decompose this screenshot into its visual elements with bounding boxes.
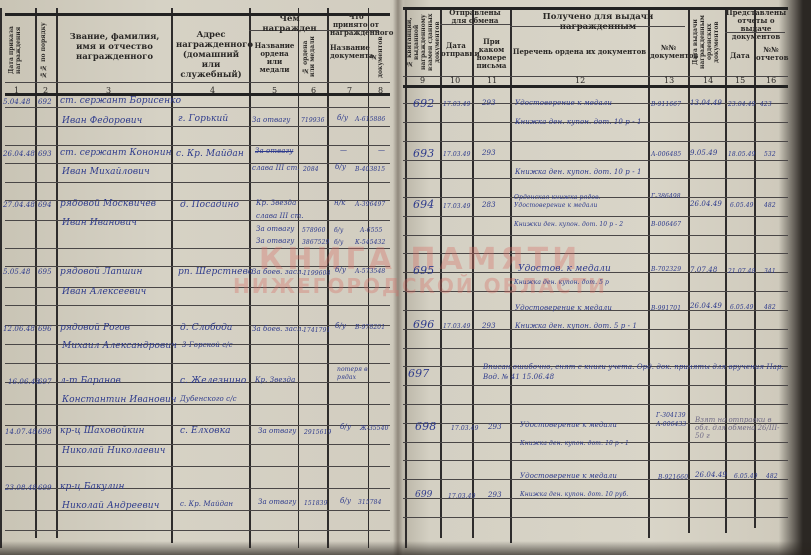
header-col12: Перечень ордена их документов xyxy=(512,48,647,56)
cell-award-no: 1741791 xyxy=(303,327,330,334)
ruled-line xyxy=(403,216,788,217)
cell-report-no: 482 xyxy=(764,304,776,311)
cell-award-struck: За отвагу xyxy=(255,147,293,155)
header-num-rule xyxy=(403,76,788,77)
cell-doc: б/у xyxy=(340,423,351,431)
cell-doc: б/у xyxy=(335,163,346,171)
column-number: 12 xyxy=(575,76,585,85)
cell-address: с. Елховка xyxy=(180,426,231,436)
cell-award-no: 719936 xyxy=(301,117,325,124)
cell-list2: Книжка ден. купон. дот. 5 р - 1 xyxy=(515,322,637,330)
cell-doc-nos: В-911667 xyxy=(651,101,681,108)
ruled-line xyxy=(403,517,788,518)
column-number: 11 xyxy=(487,76,497,85)
column-number: 15 xyxy=(735,76,745,85)
cell-doc-no-top: — xyxy=(378,146,385,154)
page-edge-shadow xyxy=(0,541,811,555)
cell-doc-nos: В-921660 xyxy=(658,474,688,481)
cell-name2: Иван Иванович xyxy=(62,218,137,228)
cell-date: 27.04.48 xyxy=(3,201,35,209)
header-col7: Название документа xyxy=(330,44,368,60)
column-number: 14 xyxy=(703,76,713,85)
header-group-sent: Отправлены для обмена xyxy=(442,9,508,25)
cell-doc-no3: А-6555 xyxy=(360,227,382,234)
cell-doc-no: В-403815 xyxy=(355,166,385,173)
ruled-line xyxy=(403,348,788,349)
cell-report-date: 6.05.49 xyxy=(734,473,758,480)
cell-doc-nos: Г-386498 xyxy=(651,193,681,200)
ruled-line xyxy=(403,460,788,461)
cell-report-no: 341 xyxy=(764,268,776,275)
column-number: 16 xyxy=(766,76,776,85)
cell-doc-nos: В-702329 xyxy=(651,266,681,273)
cell-doc: н/к xyxy=(334,199,345,207)
column-number: 4 xyxy=(210,86,215,95)
cell-note: Вписан ошибочно, снят с книги учета. Орд… xyxy=(483,362,788,382)
cell-list1: Удостоверение к медали xyxy=(520,421,617,429)
ruled-line xyxy=(5,466,390,467)
cell-address: г. Горький xyxy=(178,114,228,124)
cell-award-no4: 3867529 xyxy=(302,239,329,246)
cell-report-no: 482 xyxy=(764,202,776,209)
header-group-awarded: Чем награжден xyxy=(252,14,327,34)
column-number: 7 xyxy=(347,86,352,95)
column-number: 3 xyxy=(106,86,111,95)
cell-doc3: б/у xyxy=(334,227,343,234)
ruled-line xyxy=(5,126,390,127)
cell-rank-name: ст. сержант Кононин xyxy=(60,148,172,158)
header-bottom-rule xyxy=(403,85,788,88)
cell-award: Кр. Звезда xyxy=(256,199,296,207)
cell-letter-no: 293 xyxy=(488,423,502,431)
column-number: 9 xyxy=(420,76,425,85)
header-col9: № квитанции, выданной награжденному взам… xyxy=(406,10,438,74)
cell-name2: Иван Михайлович xyxy=(62,167,150,177)
cell-num: 695 xyxy=(38,268,52,276)
cell-doc-nos: А-006485 xyxy=(651,151,681,158)
cell-issue-date: 7.07.48 xyxy=(690,266,717,274)
cell-award: слава III ст. xyxy=(252,164,300,172)
ruled-line xyxy=(5,145,390,146)
cell-num: 693 xyxy=(38,150,52,158)
cell-issue-date: 9.05.49 xyxy=(690,149,717,157)
col-divider xyxy=(35,8,37,538)
cell-rank-name: кр-ц Шаховойкин xyxy=(60,426,145,436)
ruled-line xyxy=(403,141,788,142)
cell-award: Кр. Звезда xyxy=(255,376,295,384)
cell-address2: Дубенского с/с xyxy=(180,395,237,403)
cell-list1: Удостоверение к медали xyxy=(520,472,617,480)
cell-num: 698 xyxy=(38,428,52,436)
cell-list2: Книжки ден. купон. дот. 10 р - 2 xyxy=(514,221,623,228)
ruled-line xyxy=(5,363,390,364)
header-col3: Звание, фамилия, имя и отчество награжде… xyxy=(62,32,167,62)
cell-sent-date: 17.03.49 xyxy=(451,425,479,432)
cell-num: 692 xyxy=(38,98,52,106)
cell-sent-date: 17.03.49 xyxy=(448,493,476,500)
cell-report-date: 6.05.49 xyxy=(730,304,754,311)
column-number: 8 xyxy=(378,86,383,95)
cell-sent-date: 17.03.49 xyxy=(443,203,471,210)
cell-issue-note: Взят на отправки в обл. для обмена 26/II… xyxy=(695,416,785,440)
cell-issue-date: 26.04.49 xyxy=(690,302,722,310)
cell-doc-nos: Г-304139 xyxy=(656,412,686,419)
cell-doc-no: А-573548 xyxy=(355,268,385,275)
header-col6: № ордена или медали xyxy=(302,36,322,78)
ruled-line xyxy=(5,530,390,531)
cell-address2: 3-Горской с/с xyxy=(182,341,233,349)
cell-report-no: 423 xyxy=(760,101,772,108)
cell-report-no: 532 xyxy=(764,151,776,158)
cell-doc4: б/у xyxy=(334,239,343,246)
column-number: 5 xyxy=(272,86,277,95)
cell-list1: Удостоверение к медали xyxy=(515,99,612,107)
cell-doc-nos: В-991701 xyxy=(651,305,681,312)
cell-award3: За отвагу xyxy=(256,225,294,233)
column-number: 6 xyxy=(311,86,316,95)
cell-doc-no: А-615886 xyxy=(355,116,385,123)
cell-issue-date: 26.04.49 xyxy=(690,200,722,208)
cell-report-date: 23.04.49 xyxy=(728,101,756,108)
cell-name2: Николай Николаевич xyxy=(62,446,166,456)
register-book-spread: Дата приказа награждения №№ по порядку З… xyxy=(0,0,811,555)
cell-doc-top: — xyxy=(340,146,347,154)
cell-doc: б/у xyxy=(337,114,348,122)
cell-doc: б/у xyxy=(335,266,346,274)
cell-award-no3: 578960 xyxy=(302,227,326,234)
cell-doc: б/у xyxy=(340,497,351,505)
column-number: 10 xyxy=(450,76,460,85)
cell-award: За отвагу xyxy=(258,427,296,435)
cell-name2: Михаил Александрович xyxy=(62,341,177,351)
cell-rank-name: ст. сержант Борисенко xyxy=(60,96,181,106)
cell-doc-no: 315784 xyxy=(358,499,382,506)
cell-name2: Константин Иванович xyxy=(62,395,177,405)
cell-doc-no: А-396497 xyxy=(355,201,385,208)
header-col15: Дата xyxy=(727,52,753,60)
cell-list1: Удостов. к медали xyxy=(518,264,611,274)
header-col13: №№ документов xyxy=(650,44,687,60)
ruled-line xyxy=(403,160,788,161)
cell-award-no: 2915619 xyxy=(304,429,331,436)
cell-list2: Книжка ден. купон. дот. 5 р xyxy=(514,279,609,286)
header-col16: №№ отчетов xyxy=(756,46,786,62)
cell-num: 694 xyxy=(38,201,52,209)
ruled-line xyxy=(5,163,390,164)
cell-address: рп. Шерстнево xyxy=(178,267,253,277)
cell-rank-name: кр-ц Бакулин xyxy=(60,482,125,492)
cell-name2: Иван Алексеевич xyxy=(62,287,146,297)
cell-list1: Орденская книжка рядов. Удостоверение к … xyxy=(514,194,646,210)
cell-address: д. Посадино xyxy=(180,200,239,210)
header-num-rule xyxy=(5,82,390,83)
cell-list2: Книжка ден. купон. дот. 10 руб. xyxy=(520,491,628,498)
cell-letter-no: 293 xyxy=(482,149,496,157)
ruled-line xyxy=(403,404,788,405)
cell-sent-date: 17.03.49 xyxy=(443,151,471,158)
cell-rank-name: рядовой Лапшин xyxy=(60,267,142,277)
cell-receipt: 694 xyxy=(413,198,434,211)
cell-list2: Книжка ден. купон. дот. 10 р - 1 xyxy=(520,440,629,447)
header-group-got: Получено для выдачи награжденным xyxy=(512,12,684,32)
cell-award: За отвагу xyxy=(252,116,290,124)
header-col2: №№ по порядку xyxy=(40,22,52,78)
header-col8: № документов xyxy=(370,36,384,78)
cell-sent-date: 17.03.49 xyxy=(443,323,471,330)
cell-name2: Иван Федорович xyxy=(62,116,142,126)
cell-doc-no: В-978201 xyxy=(355,324,385,331)
cell-num: 697 xyxy=(38,378,52,386)
cell-name2: Николай Андреевич xyxy=(62,501,159,511)
cell-receipt: 697 xyxy=(408,367,429,380)
cell-doc-nos2: В-006467 xyxy=(651,221,681,228)
ruled-line xyxy=(5,305,390,306)
cell-doc-no: Ж-35540 xyxy=(360,425,389,432)
cell-letter-no: 283 xyxy=(482,201,496,209)
cell-doc: б/у xyxy=(335,322,346,330)
cell-list2: Книжка ден. купон. дот. 10 р - 1 xyxy=(515,118,642,126)
cell-receipt: 698 xyxy=(415,420,436,433)
cell-date: 14.07.48 xyxy=(5,428,37,436)
column-number: 13 xyxy=(664,76,674,85)
cell-num: 699 xyxy=(38,484,52,492)
cell-rank-name: рядовой Москвичев xyxy=(60,199,156,209)
header-col5: Название ордена или медали xyxy=(252,42,297,74)
header-group-reports: Представлены отчеты о выдаче документов xyxy=(726,9,786,41)
cell-date: 12.06.48 xyxy=(3,325,35,333)
cell-rank-name: л-т Баранов xyxy=(60,376,121,386)
cell-award: За боев. засл. xyxy=(252,268,304,276)
cell-report-date: 6.05.49 xyxy=(730,202,754,209)
col-divider xyxy=(0,8,2,548)
header-col14: Дата выдачи награжденным орденских докум… xyxy=(692,10,722,74)
cell-num: 696 xyxy=(38,325,52,333)
cell-report-date: 18.05.49 xyxy=(728,151,756,158)
cell-sent-date: 17.03.49 xyxy=(443,101,471,108)
cell-report-no: 482 xyxy=(766,473,778,480)
cell-receipt: 699 xyxy=(415,490,432,500)
cell-award-no: 2084 xyxy=(303,166,319,173)
cell-receipt: 692 xyxy=(413,97,434,110)
cell-date: 16.06.48 xyxy=(8,378,40,386)
cell-issue-date: 13.04.49 xyxy=(690,99,722,107)
cell-address: с. Железнино xyxy=(180,376,246,386)
cell-doc-note: потеря в рядах xyxy=(337,366,369,382)
header-col1: Дата приказа награждения xyxy=(8,22,30,78)
cell-receipt: 693 xyxy=(413,147,434,160)
ruled-line xyxy=(5,182,390,183)
col-divider xyxy=(56,8,58,538)
header-col11: При каком номере письма xyxy=(474,38,509,70)
cell-award2: слава III ст. xyxy=(256,212,304,220)
column-number: 1 xyxy=(14,86,19,95)
cell-date: 26.04.48 xyxy=(3,150,35,158)
ruled-line xyxy=(403,235,788,236)
cell-date: 23.08.48 xyxy=(5,484,37,492)
header-col4: Адрес награжденного (домашний или служеб… xyxy=(176,30,246,80)
cell-issue-date: 26.04.49 xyxy=(695,471,727,479)
ruled-line xyxy=(5,107,390,108)
header-col10: Дата отправки xyxy=(441,42,471,58)
cell-address: с. Кр. Майдан xyxy=(180,500,233,508)
cell-list2: Книжка ден. купон. дот. 10 р - 1 xyxy=(515,168,642,176)
cell-receipt: 695 xyxy=(413,264,434,277)
cell-date: 5.05.48 xyxy=(3,268,30,276)
col-divider xyxy=(171,8,173,543)
cell-letter-no: 293 xyxy=(482,99,496,107)
cell-rank-name: рядовой Рогов xyxy=(60,323,130,333)
cell-award-no: 151839 xyxy=(304,500,328,507)
cell-award4: За отвагу xyxy=(256,237,294,245)
ruled-line xyxy=(5,444,390,445)
cell-letter-no: 293 xyxy=(488,491,502,499)
column-number: 2 xyxy=(43,86,48,95)
ruled-line xyxy=(403,385,788,386)
cell-letter-no: 293 xyxy=(482,322,496,330)
cell-award: За отвагу xyxy=(258,498,296,506)
cell-award: За боев. засл. xyxy=(252,325,304,333)
ruled-line xyxy=(403,178,788,179)
cell-list1: Удостоверение к медали xyxy=(515,304,612,312)
cell-address: д. Слобода xyxy=(180,323,232,333)
cell-doc-nos2: А-006433 xyxy=(656,421,686,428)
cell-date: 5.04.48 xyxy=(3,98,30,106)
cell-receipt: 696 xyxy=(413,318,434,331)
cell-report-date: 21.07.48 xyxy=(728,268,756,275)
cell-award-no: 1199608 xyxy=(303,270,330,277)
cell-address: с. Кр. Майдан xyxy=(176,149,244,159)
header-group-received: Что принято от награжденного xyxy=(330,13,382,37)
cell-doc-no4: К-545432 xyxy=(355,239,385,246)
